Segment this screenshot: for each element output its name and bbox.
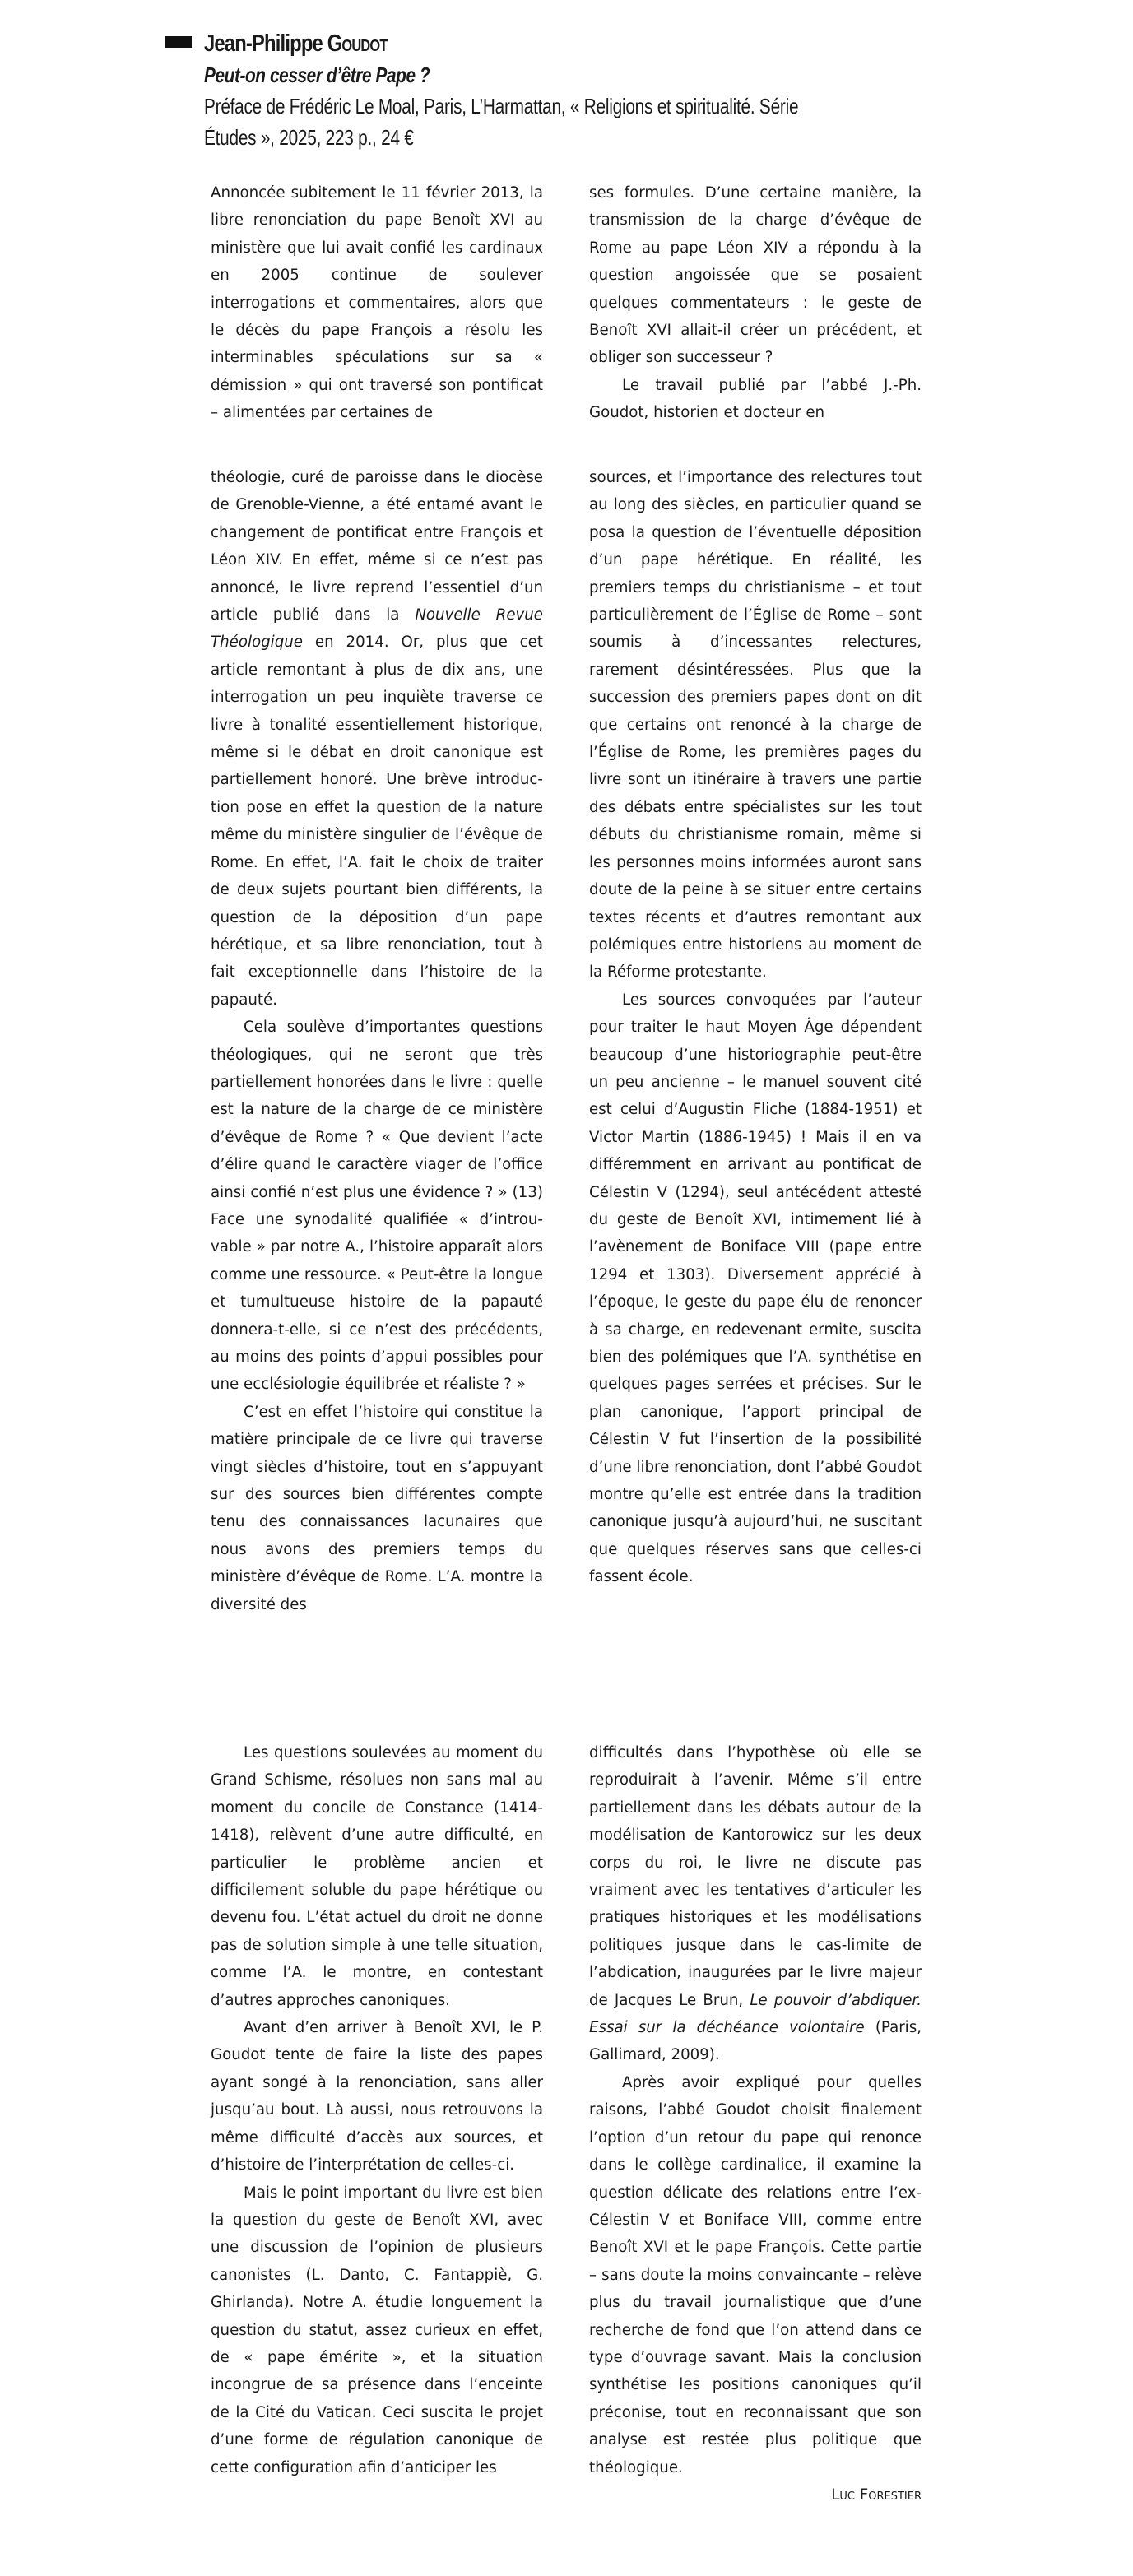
column-left-block-1: Annoncée subitement le 11 février 2013, … — [211, 179, 543, 427]
paragraph: difficultés dans l’hypothèse où elle se … — [589, 1739, 922, 2069]
paragraph: Annoncée subitement le 11 février 2013, … — [211, 179, 543, 427]
publication-info-line-2: Études », 2025, 223 p., 24 € — [204, 122, 792, 153]
review-header: Jean-Philippe Goudot Peut-on cesser d’êt… — [165, 28, 938, 153]
paragraph: théologie, curé de paroisse dans le dioc… — [211, 464, 543, 1014]
publication-info-line-1: Préface de Frédéric Le Moal, Paris, L’Ha… — [204, 91, 792, 122]
column-right-block-2: sources, et l’importance des relectures … — [589, 464, 922, 1591]
book-title: Peut-on cesser d’être Pape ? — [204, 59, 792, 91]
paragraph: Les questions soulevées au moment du Gra… — [211, 1739, 543, 2014]
column-right-block-3: difficultés dans l’hypothèse où elle se … — [589, 1739, 922, 2509]
paragraph: Avant d’en arriver à Benoît XVI, le P. G… — [211, 2014, 543, 2179]
paragraph: Après avoir expliqué pour quelles raison… — [589, 2069, 922, 2481]
paragraph: Cela soulève d’importantes ques­tions th… — [211, 1014, 543, 1399]
paragraph: C’est en effet l’histoire qui constitue … — [211, 1399, 543, 1618]
column-right-block-1: ses formules. D’une certaine manière, la… — [589, 179, 922, 427]
square-bullet-icon — [165, 36, 192, 48]
column-left-block-2: théologie, curé de paroisse dans le dioc… — [211, 464, 543, 1618]
reviewer-signature: Luc Forestier — [589, 2481, 922, 2509]
paragraph: Le travail publié par l’abbé J.-Ph. Goud… — [589, 372, 922, 427]
paragraph: sources, et l’importance des relectures … — [589, 464, 922, 986]
paragraph: Les sources convoquées par l’au­teur pou… — [589, 986, 922, 1591]
author-last-name: Goudot — [327, 30, 388, 57]
paragraph: ses formules. D’une certaine manière, la… — [589, 179, 922, 372]
book-author: Jean-Philippe Goudot — [204, 28, 806, 59]
paragraph: Mais le point important du livre est bie… — [211, 2179, 543, 2481]
column-left-block-3: Les questions soulevées au moment du Gra… — [211, 1739, 543, 2481]
